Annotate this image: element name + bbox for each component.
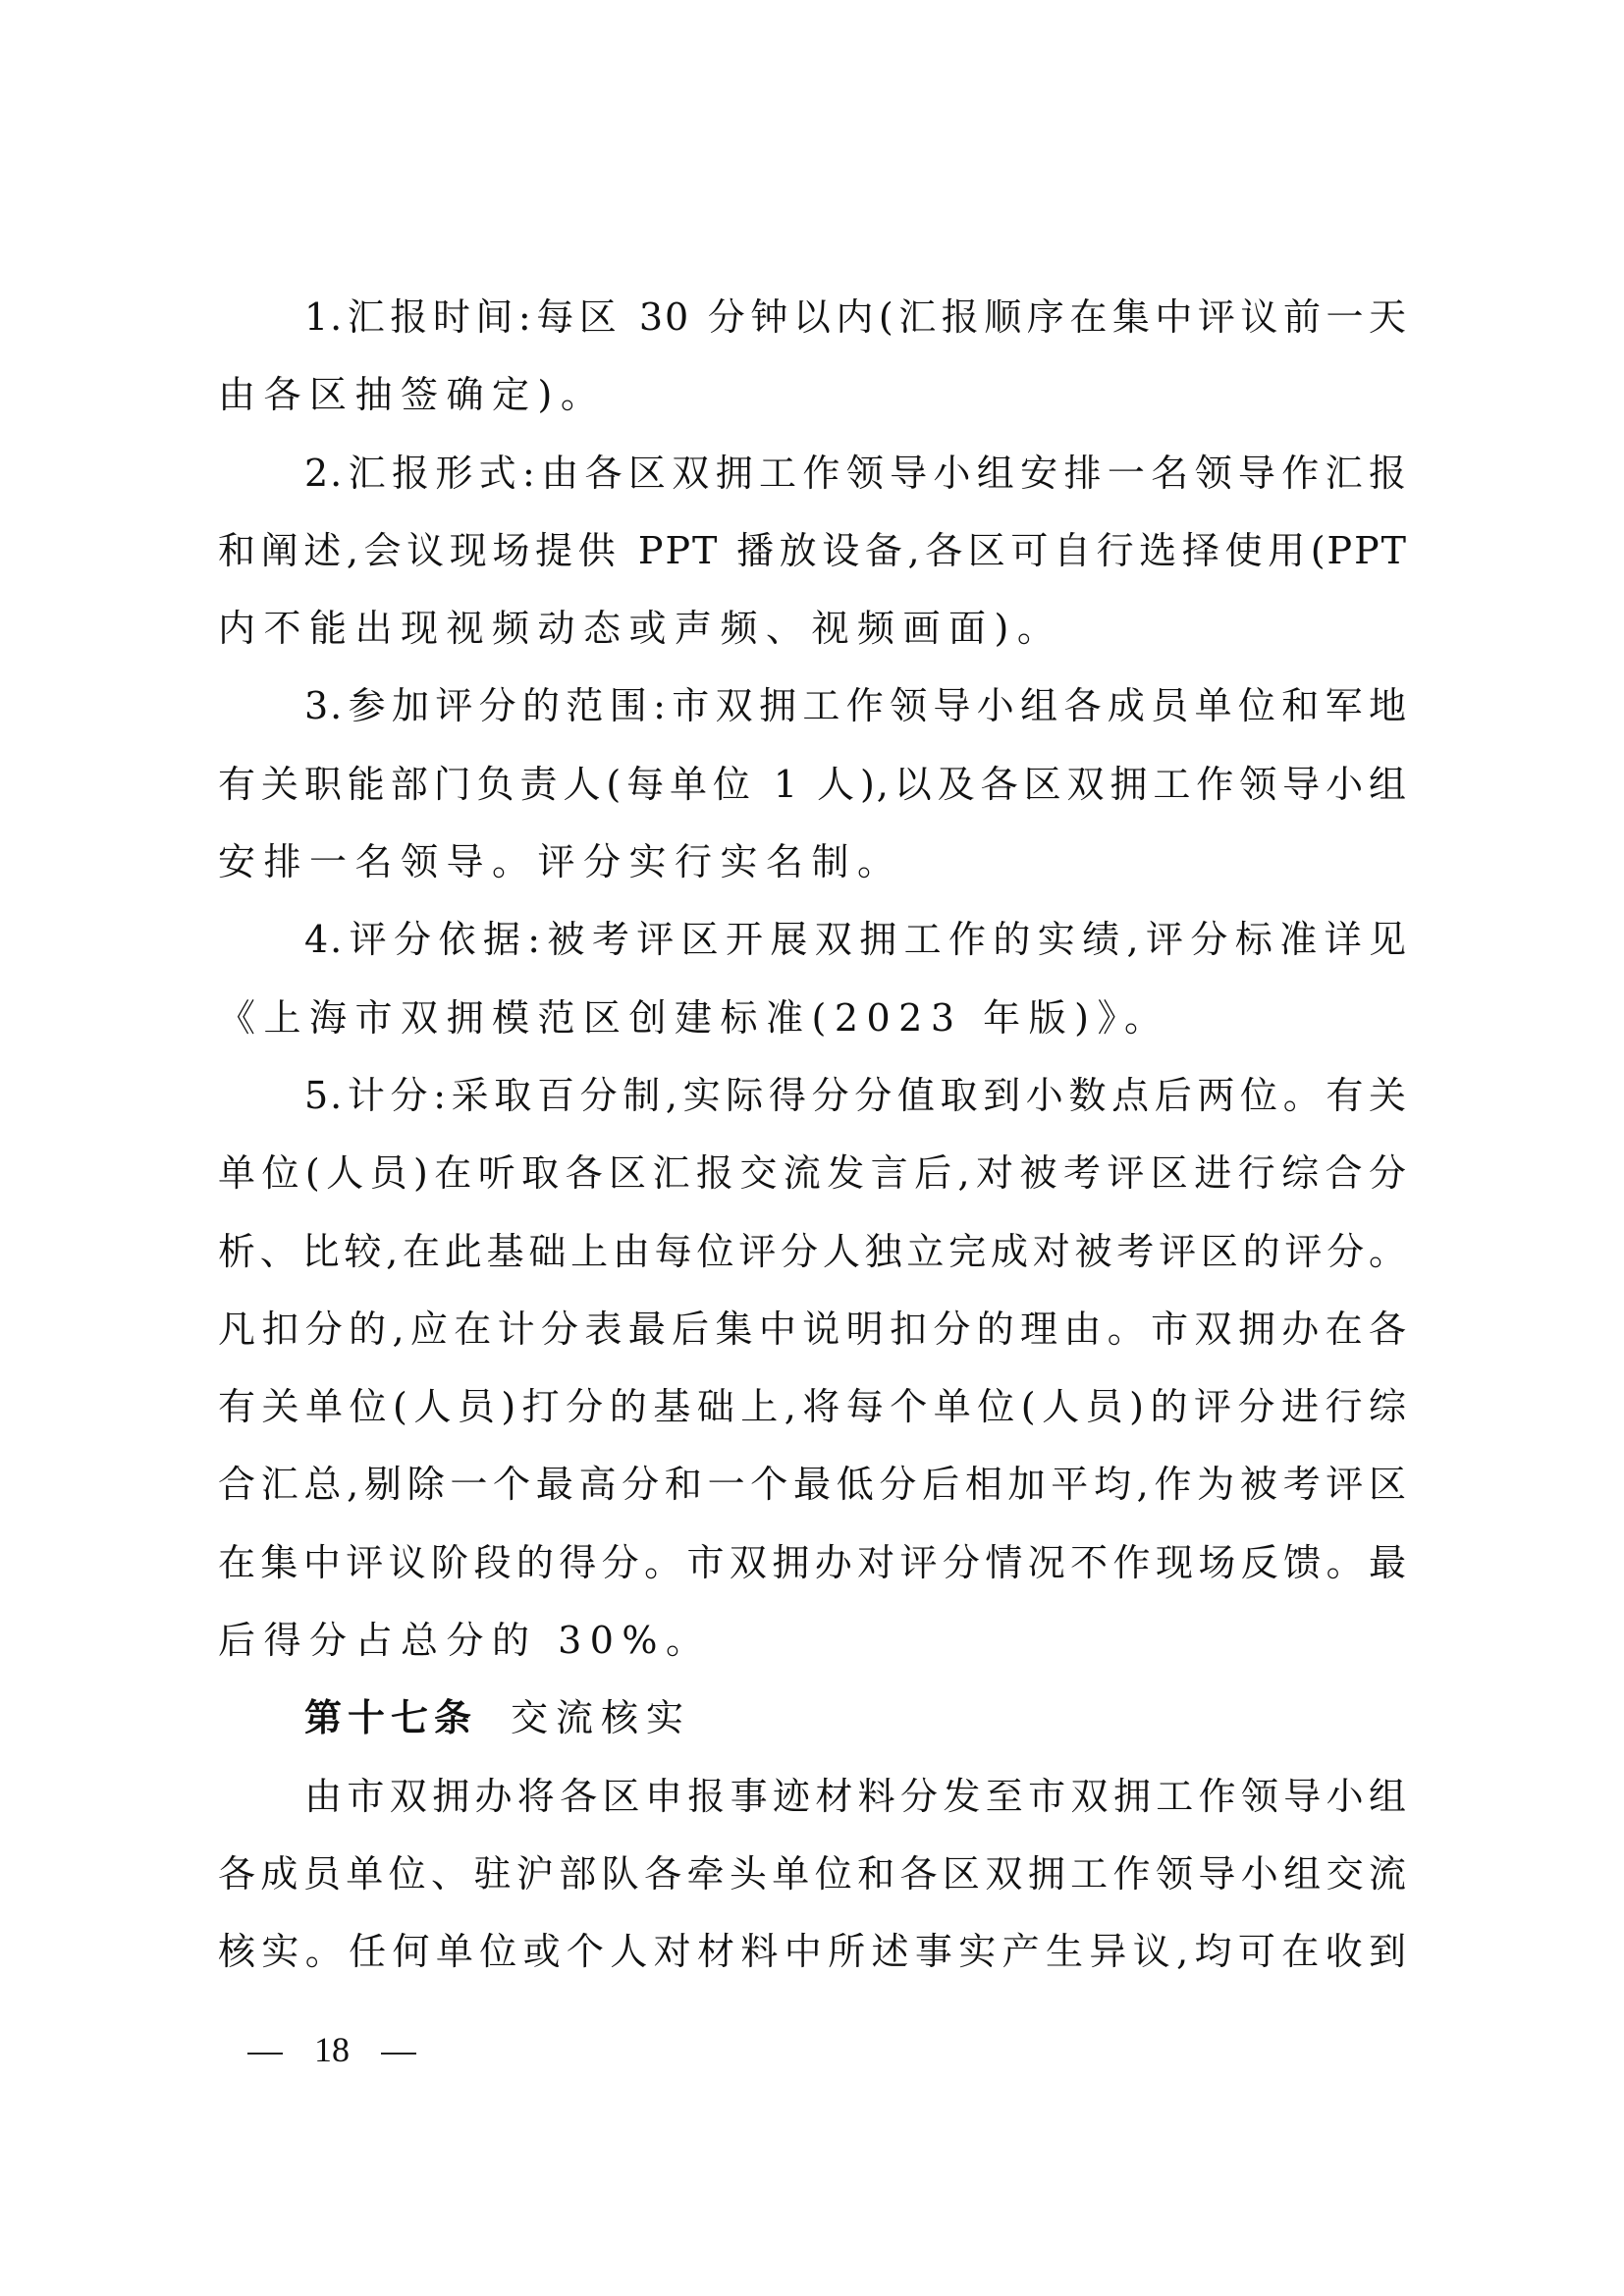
body-text: 1.汇报时间:每区 30 分钟以内(汇报顺序在集中评议前一天 由各区抽签确定)。…	[218, 279, 1408, 1992]
paragraph-item-3: 3.参加评分的范围:市双拥工作领导小组各成员单位和军地 有关职能部门负责人(每单…	[218, 667, 1408, 901]
text-line: 后得分占总分的 30%。	[218, 1602, 1408, 1680]
paragraph-item-1: 1.汇报时间:每区 30 分钟以内(汇报顺序在集中评议前一天 由各区抽签确定)。	[218, 279, 1408, 435]
text-line: 2.汇报形式:由各区双拥工作领导小组安排一名领导作汇报	[218, 435, 1408, 512]
page-footer: 18	[247, 2029, 416, 2070]
paragraph-item-2: 2.汇报形式:由各区双拥工作领导小组安排一名领导作汇报 和阐述,会议现场提供 P…	[218, 435, 1408, 668]
paragraph-item-5: 5.计分:采取百分制,实际得分分值取到小数点后两位。有关 单位(人员)在听取各区…	[218, 1057, 1408, 1680]
text-line: 单位(人员)在听取各区汇报交流发言后,对被考评区进行综合分	[218, 1135, 1408, 1212]
text-line: 3.参加评分的范围:市双拥工作领导小组各成员单位和军地	[218, 667, 1408, 745]
text-line: 内不能出现视频动态或声频、视频画面)。	[218, 590, 1408, 667]
text-line: 由市双拥办将各区申报事迹材料分发至市双拥工作领导小组	[218, 1758, 1408, 1836]
text-line: 安排一名领导。评分实行实名制。	[218, 824, 1408, 901]
text-line: 各成员单位、驻沪部队各牵头单位和各区双拥工作领导小组交流	[218, 1836, 1408, 1913]
page-number: 18	[314, 2029, 350, 2070]
article-heading: 第十七条交流核实	[218, 1680, 1408, 1757]
text-line: 凡扣分的,应在计分表最后集中说明扣分的理由。市双拥办在各	[218, 1291, 1408, 1368]
text-line: 有关职能部门负责人(每单位 1 人),以及各区双拥工作领导小组	[218, 746, 1408, 824]
text-line: 有关单位(人员)打分的基础上,将每个单位(人员)的评分进行综	[218, 1368, 1408, 1446]
text-line: 由各区抽签确定)。	[218, 356, 1408, 434]
text-line: 和阐述,会议现场提供 PPT 播放设备,各区可自行选择使用(PPT	[218, 512, 1408, 590]
article-number: 第十七条	[304, 1696, 477, 1739]
footer-dash-left	[247, 2053, 283, 2055]
text-line: 析、比较,在此基础上由每位评分人独立完成对被考评区的评分。	[218, 1213, 1408, 1291]
text-line: 在集中评议阶段的得分。市双拥办对评分情况不作现场反馈。最	[218, 1524, 1408, 1602]
document-page: 1.汇报时间:每区 30 分钟以内(汇报顺序在集中评议前一天 由各区抽签确定)。…	[0, 0, 1624, 2296]
text-line: 5.计分:采取百分制,实际得分分值取到小数点后两位。有关	[218, 1057, 1408, 1135]
text-line: 核实。任何单位或个人对材料中所述事实产生异议,均可在收到	[218, 1913, 1408, 1991]
text-line: 1.汇报时间:每区 30 分钟以内(汇报顺序在集中评议前一天	[218, 279, 1408, 356]
article-title: 交流核实	[511, 1696, 691, 1739]
footer-dash-right	[381, 2053, 416, 2055]
paragraph-item-4: 4.评分依据:被考评区开展双拥工作的实绩,评分标准详见 《上海市双拥模范区创建标…	[218, 901, 1408, 1057]
text-line: 《上海市双拥模范区创建标准(2023 年版)》。	[218, 980, 1408, 1057]
text-line: 4.评分依据:被考评区开展双拥工作的实绩,评分标准详见	[218, 901, 1408, 979]
text-line: 合汇总,剔除一个最高分和一个最低分后相加平均,作为被考评区	[218, 1446, 1408, 1523]
article-paragraph: 由市双拥办将各区申报事迹材料分发至市双拥工作领导小组 各成员单位、驻沪部队各牵头…	[218, 1758, 1408, 1992]
